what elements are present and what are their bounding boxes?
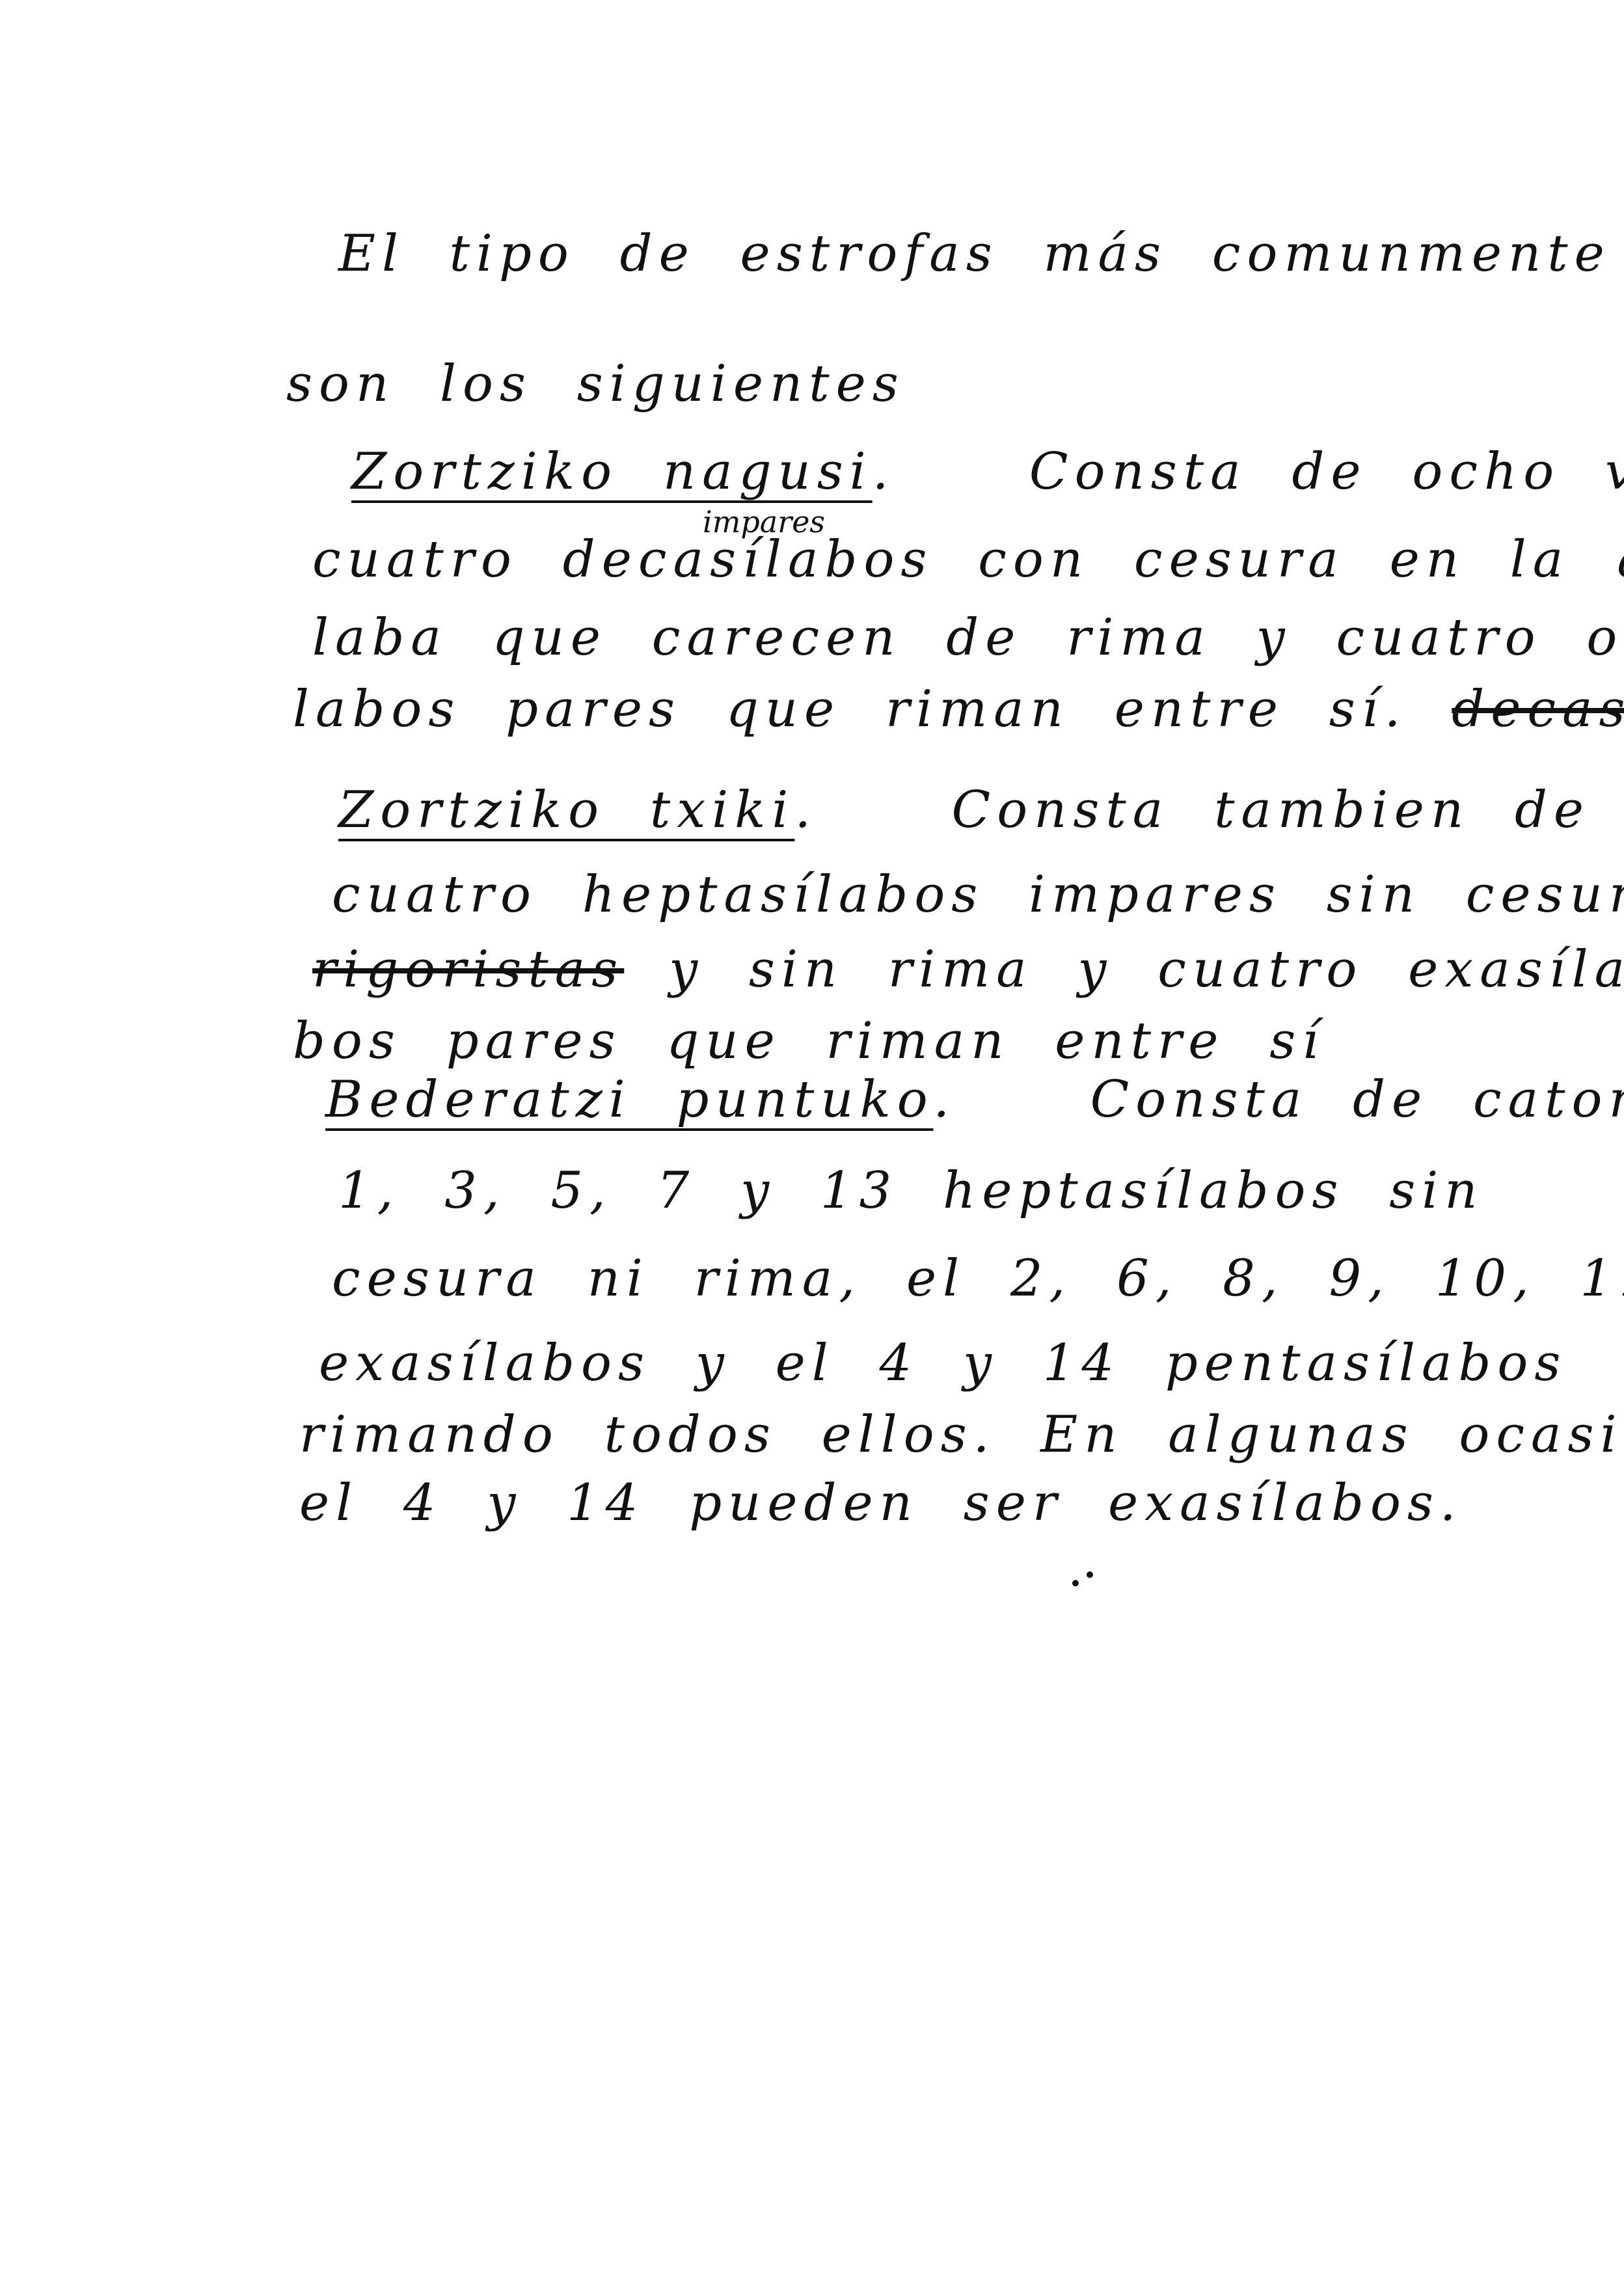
text-line-2: son los siguientes xyxy=(286,355,905,413)
ink-spot xyxy=(1087,1571,1093,1578)
text-line-6: laba que carecen de rima y cuatro octosí… xyxy=(312,608,1624,667)
text-line-1: El tipo de estrofas más comunmente utili… xyxy=(338,224,1624,283)
section-heading: Bederatzi puntuko xyxy=(325,1070,933,1129)
text-line-19: el 4 y 14 pueden ser exasílabos. xyxy=(299,1474,1463,1532)
section-text: Consta tambien de ocho versos, xyxy=(952,781,1624,839)
section-heading: Zortziko txiki xyxy=(338,781,794,839)
line-text: y sin rima y cuatro exasíla- xyxy=(669,940,1624,999)
ink-spot xyxy=(1072,1580,1079,1586)
section-bederatzi-puntuko: Bederatzi puntuko. Consta de catorce ver… xyxy=(325,1070,1624,1129)
text-line-16: cesura ni rima, el 2, 6, 8, 9, 10, 11 y … xyxy=(332,1249,1624,1308)
text-line-10: cuatro heptasílabos impares sin cesura e… xyxy=(332,865,1624,924)
text-line-17: exasílabos y el 4 y 14 pentasílabos xyxy=(319,1334,1567,1392)
section-zortziko-nagusi: Zortziko nagusi. Consta de ocho versos, … xyxy=(351,442,1624,501)
text-line-18: rimando todos ellos. En algunas ocasione… xyxy=(299,1406,1624,1464)
text-line-5: cuatro decasílabos con cesura en la quin… xyxy=(312,530,1624,589)
struck-word: decasílabos xyxy=(1452,680,1624,739)
section-text: Consta de ocho versos, xyxy=(1029,442,1624,501)
text-line-12: bos pares que riman entre sí xyxy=(293,1012,1325,1070)
text-line-15: 1, 3, 5, 7 y 13 heptasílabos sin xyxy=(338,1161,1484,1220)
section-heading: Zortziko nagusi xyxy=(351,442,873,501)
line-text: labos pares que riman entre sí. xyxy=(293,680,1407,739)
handwritten-page: El tipo de estrofas más comunmente utili… xyxy=(0,0,1624,2282)
text-line-7: labos pares que riman entre sí. decasíla… xyxy=(293,680,1624,739)
section-text: Consta de catorce versos, xyxy=(1090,1070,1624,1129)
text-line-11: rigoristas y sin rima y cuatro exasíla- xyxy=(312,940,1624,999)
section-zortziko-txiki: Zortziko txiki. Consta tambien de ocho v… xyxy=(338,781,1624,839)
struck-word: rigoristas xyxy=(312,940,624,999)
line-text: cuatro heptasílabos impares sin cesura xyxy=(332,865,1624,924)
